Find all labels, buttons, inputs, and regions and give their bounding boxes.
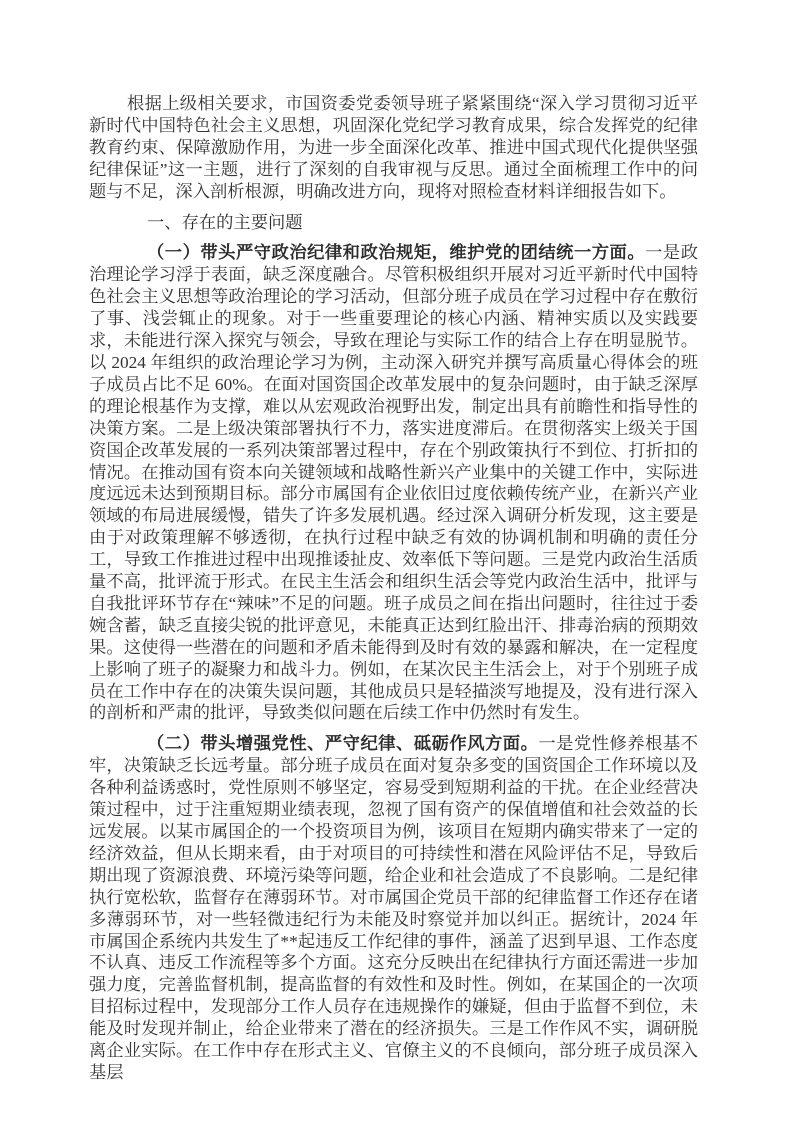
issue-1-lead: （一）带头严守政治纪律和政治规矩，维护党的团结统一方面。 [147,242,645,262]
issue-2-lead: （二）带头增强党性、严守纪律、砥砺作风方面。 [147,733,538,753]
issue-2-body: 一是党性修养根基不牢，决策缺乏长远考量。部分班子成员在面对复杂多变的国资国企工作… [89,734,698,1082]
issue-paragraph-1: （一）带头严守政治纪律和政治规矩，维护党的团结统一方面。一是政治理论学习浮于表面… [89,242,698,724]
intro-paragraph: 根据上级相关要求，市国资委党委领导班子紧紧围绕“深入学习贯彻习近平新时代中国特色… [89,93,698,203]
issue-1-body: 一是政治理论学习浮于表面，缺乏深度融合。尽管积极组织开展对习近平新时代中国特色社… [89,243,698,722]
document-page: 根据上级相关要求，市国资委党委领导班子紧紧围绕“深入学习贯彻习近平新时代中国特色… [0,0,793,1122]
section-heading: 一、存在的主要问题 [89,212,698,234]
issue-paragraph-2: （二）带头增强党性、严守纪律、砥砺作风方面。一是党性修养根基不牢，决策缺乏长远考… [89,733,698,1084]
